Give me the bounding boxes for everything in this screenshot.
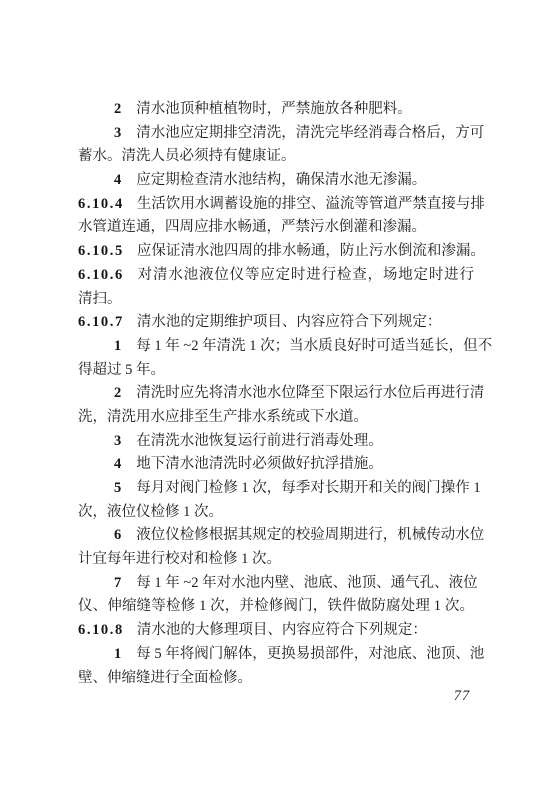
text-line: 5每月对阀门检修 1 次，每季对长期开和关的阀门操作 1 [78, 477, 474, 501]
line-number: 4 [114, 172, 121, 188]
text-line: 计宜每年进行校对和检修 1 次。 [78, 548, 474, 572]
line-text: 得超过 5 年。 [78, 362, 165, 378]
line-text: 每 5 年将阀门解体，更换易损部件，对池底、池顶、池 [136, 646, 484, 662]
text-line: 6.10.4生活饮用水调蓄设施的排空、溢流等管道严禁直接与排 [78, 193, 474, 217]
line-text: 清水池的定期维护项目、内容应符合下列规定： [137, 314, 442, 330]
line-text: 地下清水池清洗时必须做好抗浮措施。 [136, 456, 383, 472]
line-text: 应保证清水池四周的排水畅通，防止污水倒流和渗漏。 [137, 243, 485, 259]
line-text: 对清水池液位仪等应定时进行检查，场地定时进行 [137, 267, 474, 283]
line-number: 4 [114, 456, 121, 472]
text-line: 3清水池应定期排空清洗，清洗完毕经消毒合格后，方可 [78, 122, 474, 146]
text-line: 次，液位仪检修 1 次。 [78, 501, 474, 525]
line-number: 2 [114, 101, 121, 117]
text-line: 1每 5 年将阀门解体，更换易损部件，对池底、池顶、池 [78, 643, 474, 667]
text-line: 7每 1 年 ~2 年对水池内壁、池底、池顶、通气孔、液位 [78, 572, 474, 596]
line-number: 1 [114, 338, 121, 354]
text-line: 6.10.7清水池的定期维护项目、内容应符合下列规定： [78, 311, 474, 335]
text-line: 壁、伸缩缝进行全面检修。 [78, 667, 474, 691]
text-line: 1每 1 年 ~2 年清洗 1 次；当水质良好时可适当延长，但不 [78, 335, 474, 359]
text-line: 6.10.5应保证清水池四周的排水畅通，防止污水倒流和渗漏。 [78, 240, 474, 264]
line-text: 清扫。 [78, 291, 122, 307]
line-number: 7 [114, 575, 121, 591]
document-body: 2清水池顶种植植物时，严禁施放各种肥料。 3清水池应定期排空清洗，清洗完毕经消毒… [78, 98, 474, 690]
text-line: 仪、伸缩缝等检修 1 次，并检修阀门，铁件做防腐处理 1 次。 [78, 595, 474, 619]
text-line: 3在清洗水池恢复运行前进行消毒处理。 [78, 430, 474, 454]
line-number: 3 [114, 125, 121, 141]
line-text: 清水池顶种植植物时，严禁施放各种肥料。 [136, 101, 412, 117]
line-number: 1 [114, 646, 121, 662]
text-line: 6.10.8清水池的大修理项目、内容应符合下列规定： [78, 619, 474, 643]
line-number: 5 [114, 480, 121, 496]
line-number: 3 [114, 433, 121, 449]
document-page: 2清水池顶种植植物时，严禁施放各种肥料。 3清水池应定期排空清洗，清洗完毕经消毒… [0, 0, 551, 789]
line-text: 应定期检查清水池结构，确保清水池无渗漏。 [136, 172, 426, 188]
text-line: 4地下清水池清洗时必须做好抗浮措施。 [78, 453, 474, 477]
line-text: 洗，清洗用水应排至生产排水系统或下水道。 [78, 409, 368, 425]
text-line: 得超过 5 年。 [78, 359, 474, 383]
text-line: 2清水池顶种植植物时，严禁施放各种肥料。 [78, 98, 474, 122]
line-text: 清水池的大修理项目、内容应符合下列规定： [137, 622, 427, 638]
line-text: 次，液位仪检修 1 次。 [78, 504, 223, 520]
line-text: 液位仪检修根据其规定的校验周期进行，机械传动水位 [136, 527, 484, 543]
text-line: 蓄水。清洗人员必须持有健康证。 [78, 145, 474, 169]
line-text: 每月对阀门检修 1 次，每季对长期开和关的阀门操作 1 [136, 480, 480, 496]
line-text: 计宜每年进行校对和检修 1 次。 [78, 551, 281, 567]
text-line: 6液位仪检修根据其规定的校验周期进行，机械传动水位 [78, 524, 474, 548]
line-number: 6.10.5 [78, 243, 124, 259]
line-text: 仪、伸缩缝等检修 1 次，并检修阀门，铁件做防腐处理 1 次。 [78, 598, 474, 614]
line-text: 生活饮用水调蓄设施的排空、溢流等管道严禁直接与排 [137, 196, 485, 212]
line-number: 6.10.6 [78, 267, 124, 283]
text-line: 2清洗时应先将清水池水位降至下限运行水位后再进行清 [78, 382, 474, 406]
line-number: 6 [114, 527, 121, 543]
line-text: 每 1 年 ~2 年清洗 1 次；当水质良好时可适当延长，但不 [136, 338, 492, 354]
line-number: 6.10.8 [78, 622, 124, 638]
text-line: 洗，清洗用水应排至生产排水系统或下水道。 [78, 406, 474, 430]
page-number: 77 [446, 688, 478, 705]
text-line: 水管道连通，四周应排水畅通，严禁污水倒灌和渗漏。 [78, 216, 474, 240]
line-text: 壁、伸缩缝进行全面检修。 [78, 670, 252, 686]
line-text: 每 1 年 ~2 年对水池内壁、池底、池顶、通气孔、液位 [136, 575, 477, 591]
text-line: 6.10.6对清水池液位仪等应定时进行检查，场地定时进行 [78, 264, 474, 288]
line-number: 6.10.4 [78, 196, 124, 212]
line-number: 2 [114, 385, 121, 401]
line-text: 蓄水。清洗人员必须持有健康证。 [78, 148, 296, 164]
line-text: 清洗时应先将清水池水位降至下限运行水位后再进行清 [136, 385, 484, 401]
line-text: 清水池应定期排空清洗，清洗完毕经消毒合格后，方可 [136, 125, 484, 141]
text-line: 清扫。 [78, 288, 474, 312]
text-line: 4应定期检查清水池结构，确保清水池无渗漏。 [78, 169, 474, 193]
line-number: 6.10.7 [78, 314, 124, 330]
line-text: 在清洗水池恢复运行前进行消毒处理。 [136, 433, 383, 449]
line-text: 水管道连通，四周应排水畅通，严禁污水倒灌和渗漏。 [78, 219, 426, 235]
